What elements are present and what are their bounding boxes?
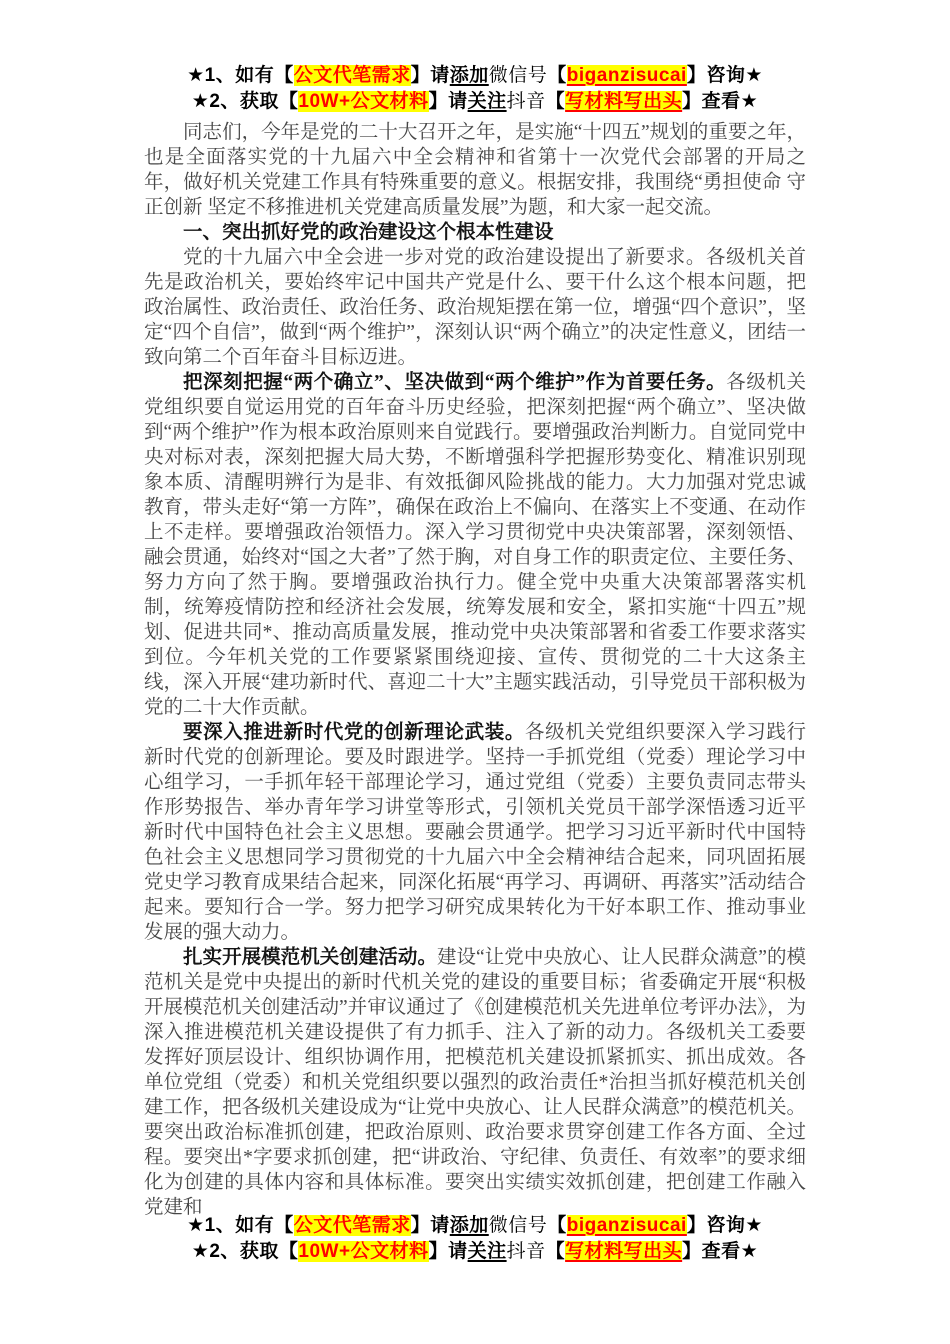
banner-segment: 】咨询★: [687, 1215, 763, 1236]
banner-segment: ★2、获取【: [192, 1241, 299, 1262]
paragraph: 党的十九届六中全会进一步对党的政治建设提出了新要求。各级机关首先是政治机关，要始…: [144, 245, 806, 370]
banner-segment: 10W+公文材料: [298, 1241, 428, 1262]
banner-segment: biganzisucai: [567, 1215, 687, 1236]
banner-segment: 】请: [429, 91, 468, 112]
banner-segment: 【: [547, 65, 567, 86]
banner-segment: 【: [547, 1215, 567, 1236]
banner-segment: 】查看★: [682, 91, 758, 112]
banner-segment: 【: [546, 1241, 566, 1262]
document-body: 同志们，今年是党的二十大召开之年，是实施“十四五”规划的重要之年，也是全面落实党…: [144, 120, 806, 1220]
banner-segment: 公文代笔需求: [294, 65, 411, 86]
banner-segment: 添加: [450, 1215, 489, 1236]
banner-segment: 】请: [429, 1241, 468, 1262]
banner-segment: 写材料写出头: [565, 91, 682, 112]
paragraph: 同志们，今年是党的二十大召开之年，是实施“十四五”规划的重要之年，也是全面落实党…: [144, 120, 806, 220]
paragraph-text: 党的十九届六中全会进一步对党的政治建设提出了新要求。各级机关首先是政治机关，要始…: [144, 247, 806, 368]
paragraph-lead: 扎实开展模范机关创建活动。: [183, 947, 437, 968]
banner-line: ★2、获取【10W+公文材料】请关注抖音【写材料写出头】查看★: [0, 89, 950, 115]
banner-segment: ★1、如有【: [187, 65, 294, 86]
banner-segment: 抖音: [507, 91, 546, 112]
banner-segment: 写材料写出头: [565, 1241, 682, 1262]
banner-segment: ★2、获取【: [192, 91, 299, 112]
heading-text: 一、突出抓好党的政治建设这个根本性建设: [183, 222, 554, 243]
banner-segment: 微信号: [489, 1215, 548, 1236]
section-heading: 一、突出抓好党的政治建设这个根本性建设: [144, 220, 806, 245]
paragraph: 要深入推进新时代党的创新理论武装。各级机关党组织要深入学习践行新时代党的创新理论…: [144, 720, 806, 945]
banner-line: ★1、如有【公文代笔需求】请添加微信号【biganzisucai】咨询★: [0, 63, 950, 89]
banner-segment: 】查看★: [682, 1241, 758, 1262]
banner-segment: 添加: [450, 65, 489, 86]
banner-segment: 关注: [468, 1241, 507, 1262]
footer-banner: ★1、如有【公文代笔需求】请添加微信号【biganzisucai】咨询★★2、获…: [0, 1213, 950, 1265]
paragraph-text: 各级机关党组织要深入学习践行新时代党的创新理论。要及时跟进学。坚持一手抓党组（党…: [144, 722, 806, 943]
header-banner: ★1、如有【公文代笔需求】请添加微信号【biganzisucai】咨询★★2、获…: [0, 63, 950, 115]
paragraph-lead: 要深入推进新时代党的创新理论武装。: [183, 722, 525, 743]
banner-line: ★2、获取【10W+公文材料】请关注抖音【写材料写出头】查看★: [0, 1239, 950, 1265]
banner-segment: 【: [546, 91, 566, 112]
banner-line: ★1、如有【公文代笔需求】请添加微信号【biganzisucai】咨询★: [0, 1213, 950, 1239]
paragraph-text: 建设“让党中央放心、让人民群众满意”的模范机关是党中央提出的新时代机关党的建设的…: [144, 947, 806, 1218]
banner-segment: biganzisucai: [567, 65, 687, 86]
paragraph-text: 各级机关党组织要自觉运用党的百年奋斗历史经验，把深刻把握“两个确立”、坚决做到“…: [144, 372, 806, 718]
document-page: ★1、如有【公文代笔需求】请添加微信号【biganzisucai】咨询★★2、获…: [0, 0, 950, 1344]
banner-segment: 】咨询★: [687, 65, 763, 86]
banner-segment: 】请: [411, 1215, 450, 1236]
banner-segment: 公文代笔需求: [294, 1215, 411, 1236]
paragraph-text: 同志们，今年是党的二十大召开之年，是实施“十四五”规划的重要之年，也是全面落实党…: [144, 122, 806, 218]
banner-segment: 10W+公文材料: [298, 91, 428, 112]
paragraph-lead: 把深刻把握“两个确立”、坚决做到“两个维护”作为首要任务。: [183, 372, 726, 393]
banner-segment: 】请: [411, 65, 450, 86]
paragraph: 把深刻把握“两个确立”、坚决做到“两个维护”作为首要任务。各级机关党组织要自觉运…: [144, 370, 806, 720]
banner-segment: 关注: [468, 91, 507, 112]
banner-segment: 微信号: [489, 65, 548, 86]
paragraph: 扎实开展模范机关创建活动。建设“让党中央放心、让人民群众满意”的模范机关是党中央…: [144, 945, 806, 1220]
banner-segment: ★1、如有【: [187, 1215, 294, 1236]
banner-segment: 抖音: [507, 1241, 546, 1262]
